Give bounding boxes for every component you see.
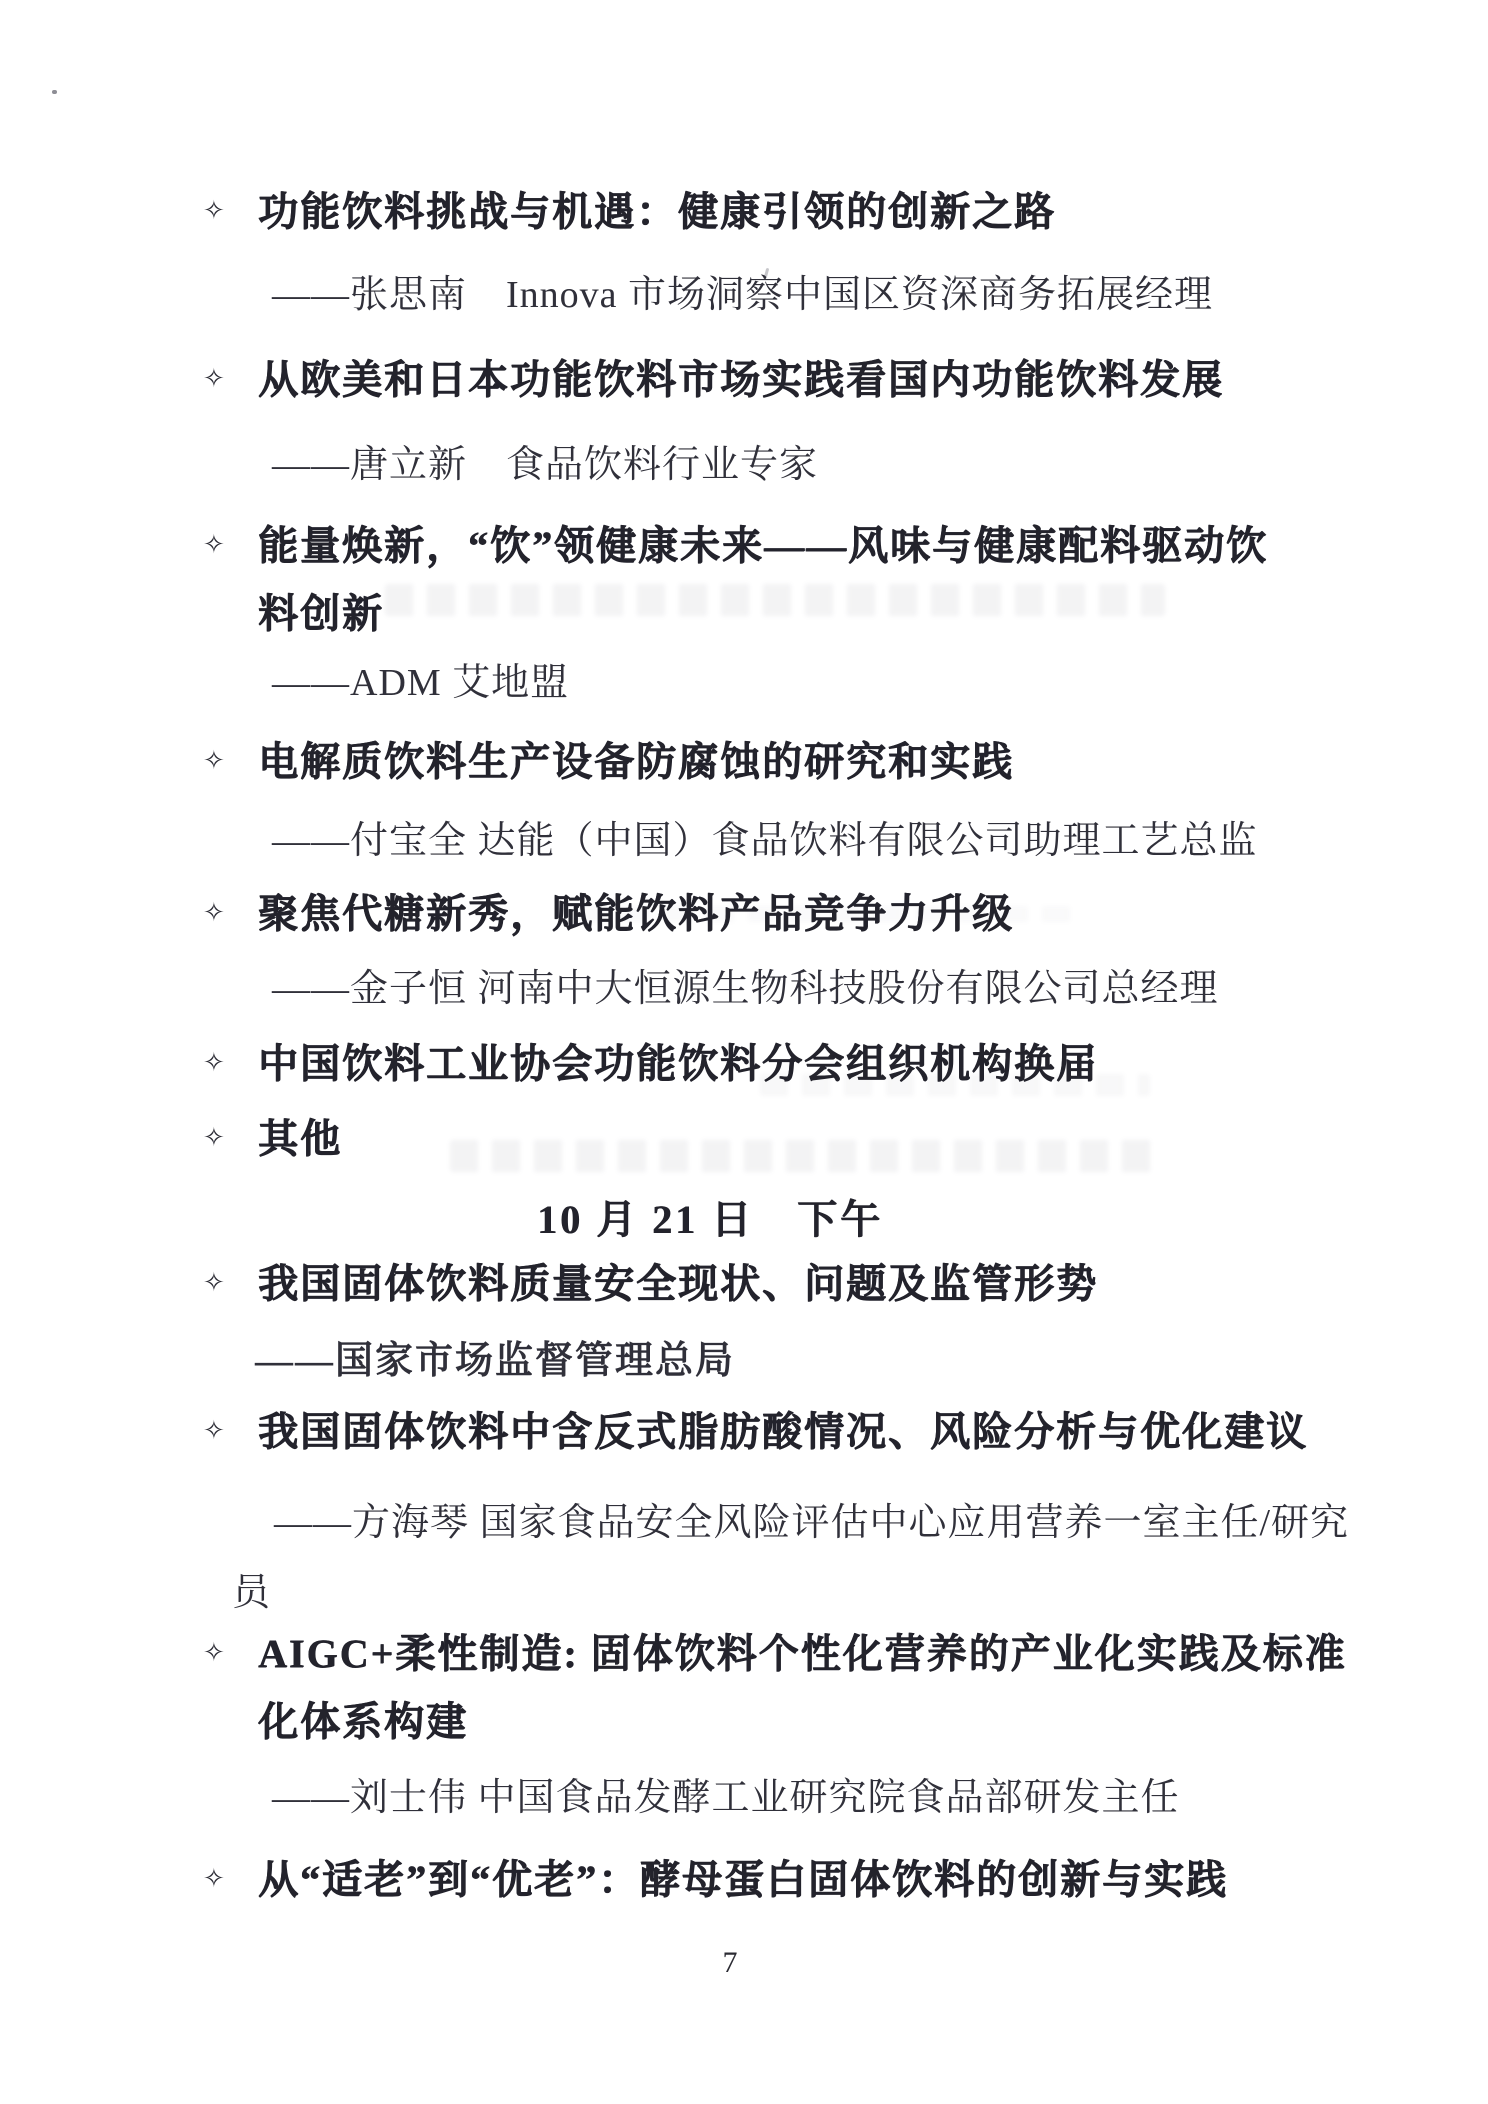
- agenda-item-title: 化体系构建: [258, 1698, 468, 1746]
- agenda-item-title: 从“适老”到“优老”：酵母蛋白固体饮料的创新与实践: [258, 1856, 1228, 1904]
- diamond-bullet-icon: ✧: [203, 1270, 225, 1296]
- page-number: 7: [0, 1946, 1488, 1980]
- diamond-bullet-icon: ✧: [203, 748, 225, 774]
- diamond-bullet-icon: ✧: [203, 1640, 225, 1666]
- agenda-item-speaker: 员: [232, 1570, 271, 1616]
- agenda-item-speaker: ——方海琴 国家食品安全风险评估中心应用营养一室主任/研究: [274, 1500, 1349, 1546]
- diamond-bullet-icon: ✧: [203, 900, 225, 926]
- bleed-through-ghost: [450, 1140, 1160, 1172]
- diamond-bullet-icon: ✧: [203, 1418, 225, 1444]
- agenda-item-speaker: ——付宝全 达能（中国）食品饮料有限公司助理工艺总监: [272, 818, 1258, 864]
- diamond-bullet-icon: ✧: [203, 1866, 225, 1892]
- diamond-bullet-icon: ✧: [203, 198, 225, 224]
- agenda-item-title: 从欧美和日本功能饮料市场实践看国内功能饮料发展: [258, 356, 1224, 404]
- diamond-bullet-icon: ✧: [203, 366, 225, 392]
- agenda-item-title: 聚焦代糖新秀，赋能饮料产品竞争力升级: [258, 890, 1014, 938]
- agenda-item-speaker: ——国家市场监督管理总局: [255, 1338, 735, 1384]
- agenda-item-title: 功能饮料挑战与机遇：健康引领的创新之路: [258, 188, 1056, 236]
- ink-speck: [52, 90, 57, 94]
- diamond-bullet-icon: ✧: [203, 1125, 225, 1151]
- diamond-bullet-icon: ✧: [203, 1050, 225, 1076]
- agenda-item-title: AIGC+柔性制造: 固体饮料个性化营养的产业化实践及标准: [258, 1630, 1347, 1678]
- diamond-bullet-icon: ✧: [203, 532, 225, 558]
- session-heading: 10 月 21 日 下午: [0, 1188, 1488, 1245]
- agenda-item-speaker: ——唐立新 食品饮料行业专家: [272, 442, 818, 488]
- agenda-item-title: 能量焕新，“饮”领健康未来——风味与健康配料驱动饮: [258, 522, 1268, 570]
- scanned-agenda-page: ✧ 功能饮料挑战与机遇：健康引领的创新之路 ——张思南 Innova 市场洞察中…: [0, 0, 1488, 2104]
- agenda-item-title: 我国固体饮料中含反式脂肪酸情况、风险分析与优化建议: [258, 1408, 1308, 1456]
- agenda-item-title: 料创新: [258, 590, 384, 638]
- agenda-item-speaker: ——ADM 艾地盟: [272, 660, 569, 706]
- agenda-item-speaker: ——张思南 Innova 市场洞察中国区资深商务拓展经理: [272, 272, 1213, 318]
- agenda-item-title: 其他: [258, 1115, 342, 1163]
- agenda-item-title: 我国固体饮料质量安全现状、问题及监管形势: [258, 1260, 1098, 1308]
- agenda-item-title: 中国饮料工业协会功能饮料分会组织机构换届: [258, 1040, 1098, 1088]
- agenda-item-speaker: ——金子恒 河南中大恒源生物科技股份有限公司总经理: [272, 966, 1219, 1012]
- bleed-through-ghost: [385, 584, 1165, 616]
- agenda-item-title: 电解质饮料生产设备防腐蚀的研究和实践: [258, 738, 1014, 786]
- agenda-item-speaker: ——刘士伟 中国食品发酵工业研究院食品部研发主任: [272, 1775, 1180, 1821]
